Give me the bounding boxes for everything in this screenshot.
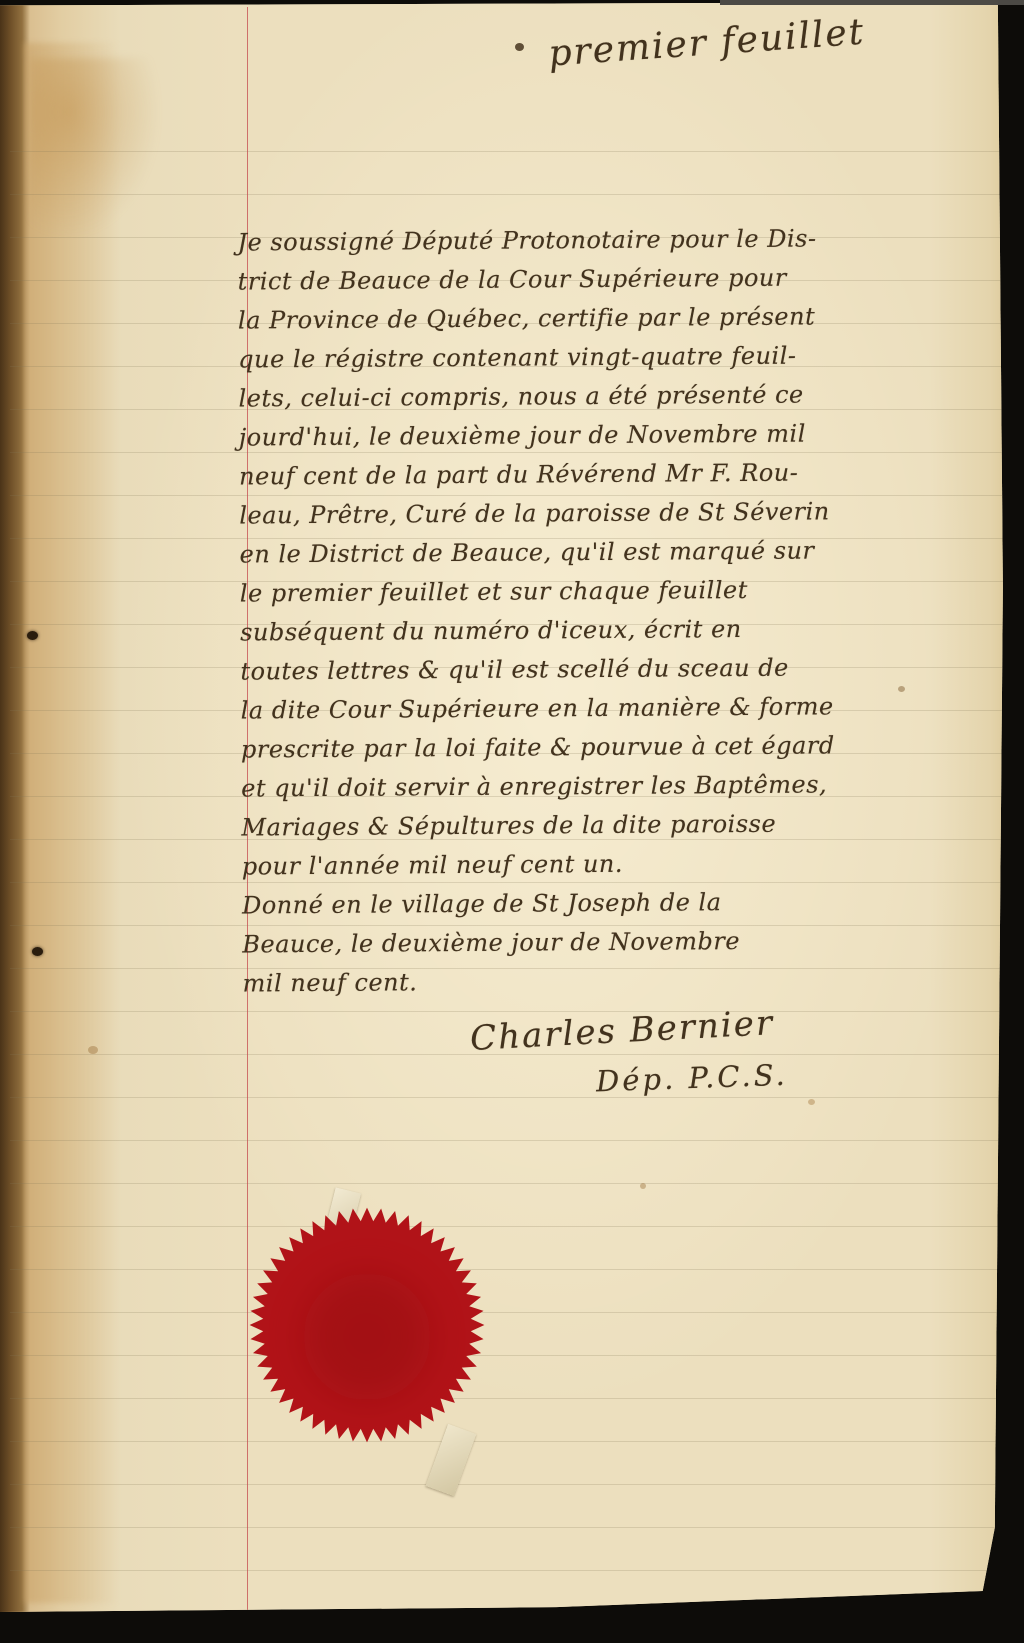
text-line: subséquent du numéro d'iceux, écrit en [240, 608, 960, 652]
text-line: leau, Prêtre, Curé de la paroisse de St … [239, 491, 959, 535]
text-line: la dite Cour Supérieure en la manière & … [241, 686, 961, 730]
text-line: pour l'année mil neuf cent un. [242, 842, 962, 886]
corner-stain [30, 58, 160, 238]
text-line: en le District de Beauce, qu'il est marq… [239, 530, 959, 574]
text-line: jourd'hui, le deuxième jour de Novembre … [239, 413, 959, 457]
signature-title: Dép. P.C.S. [595, 1058, 788, 1099]
binding-hole-top [27, 631, 38, 640]
text-line: prescrite par la loi faite & pourvue à c… [241, 725, 961, 769]
scanner-edge [720, 0, 1024, 5]
text-line: trict de Beauce de la Cour Supérieure po… [238, 257, 958, 301]
page-label: premier feuillet [547, 4, 969, 74]
fox-spot [808, 1099, 815, 1105]
text-line: neuf cent de la part du Révérend Mr F. R… [239, 452, 959, 496]
fox-spot [640, 1183, 646, 1189]
notarial-seal [248, 1206, 486, 1444]
text-line: Mariages & Sépultures de la dite paroiss… [241, 803, 961, 847]
ink-spot [515, 43, 524, 51]
wax-seal-icon [248, 1206, 486, 1444]
certification-text: Je soussigné Député Protonotaire pour le… [237, 218, 962, 1003]
text-line: Je soussigné Député Protonotaire pour le… [237, 218, 957, 262]
text-line: Beauce, le deuxième jour de Novembre [242, 920, 962, 964]
document-page: premier feuillet Je soussigné Député Pro… [0, 3, 1011, 1625]
text-line: Donné en le village de St Joseph de la [242, 881, 962, 925]
text-line: lets, celui-ci compris, nous a été prése… [238, 374, 958, 418]
signature: Charles Bernier [469, 1003, 775, 1059]
text-line: la Province de Québec, certifie par le p… [238, 296, 958, 340]
fox-spot [88, 1046, 98, 1054]
text-line: et qu'il doit servir à enregistrer les B… [241, 764, 961, 808]
binding-hole-bottom [32, 947, 43, 956]
text-line: toutes lettres & qu'il est scellé du sce… [240, 647, 960, 691]
left-edge-stain [24, 43, 119, 1603]
text-line: le premier feuillet et sur chaque feuill… [240, 569, 960, 613]
text-line: mil neuf cent. [242, 959, 962, 1003]
text-line: que le régistre contenant vingt-quatre f… [238, 335, 958, 379]
